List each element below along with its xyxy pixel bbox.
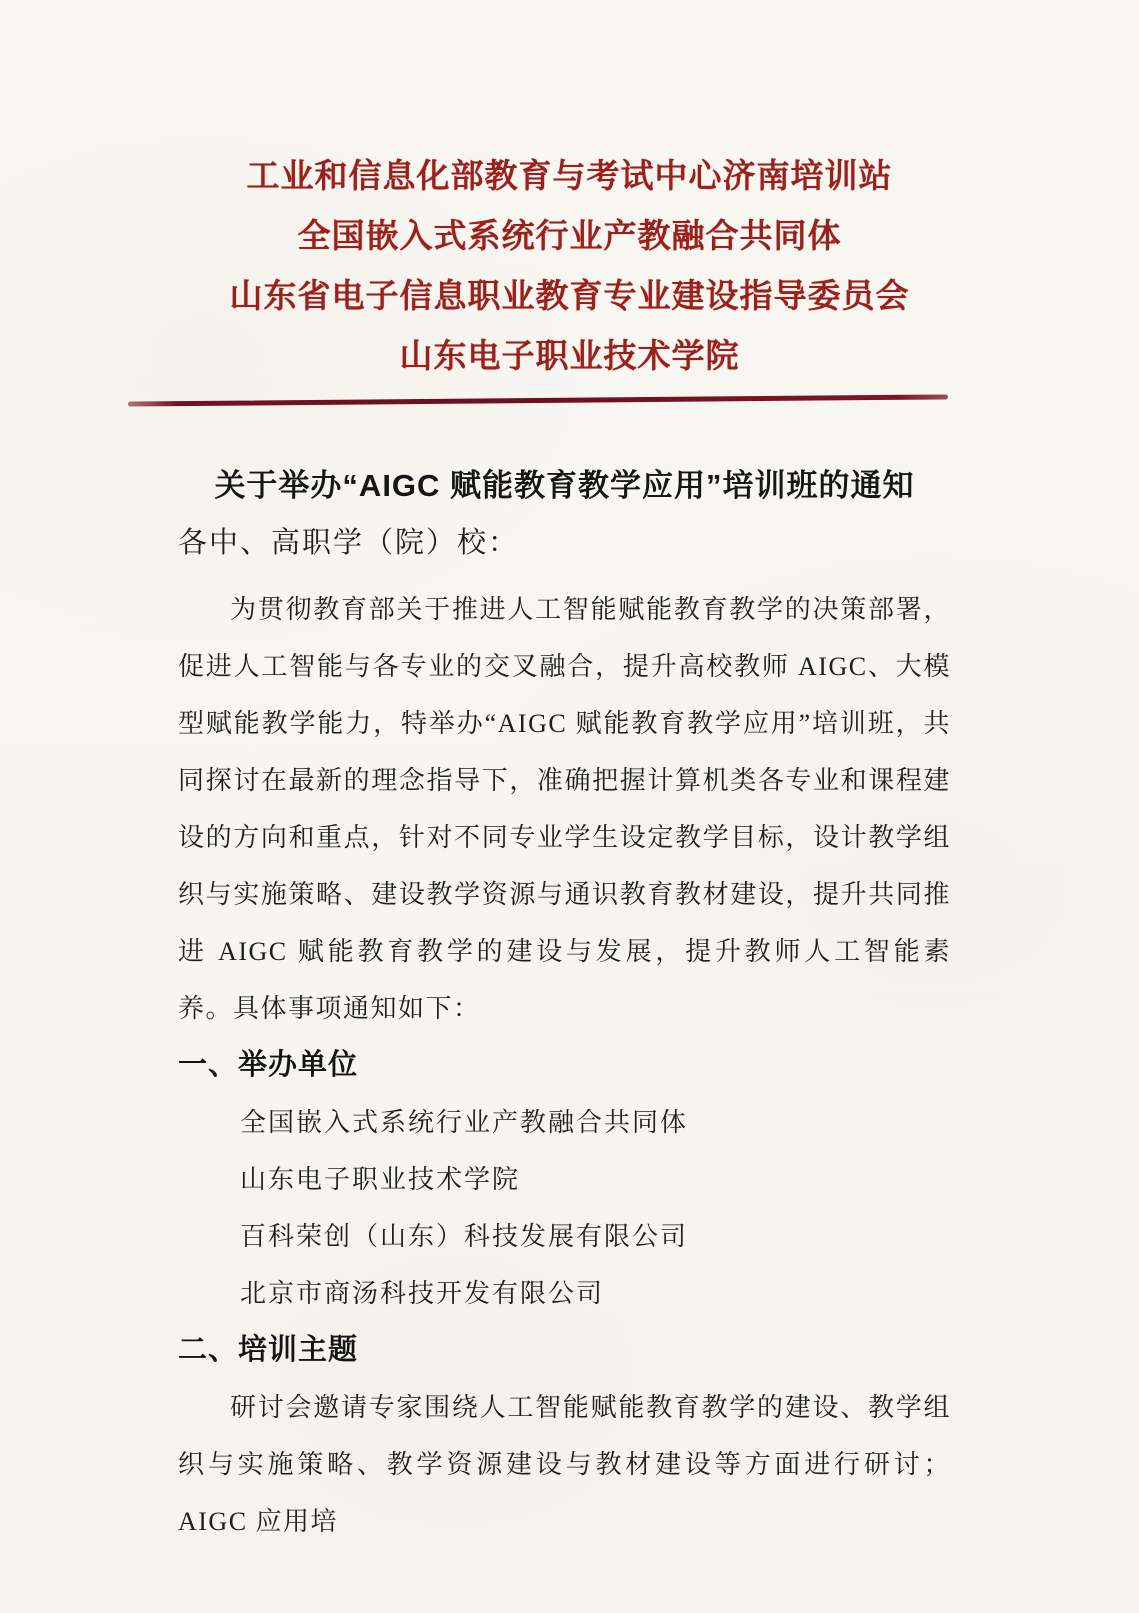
letterhead: 工业和信息化部教育与考试中心济南培训站 全国嵌入式系统行业产教融合共同体 山东省… <box>0 0 1139 403</box>
salutation: 各中、高职学（院）校： <box>178 521 951 565</box>
letterhead-org-1: 工业和信息化部教育与考试中心济南培训站 <box>0 146 1139 206</box>
letterhead-org-4: 山东电子职业技术学院 <box>0 326 1139 386</box>
letterhead-divider-rule <box>128 394 948 406</box>
organizer-item-1: 全国嵌入式系统行业产教融合共同体 <box>240 1094 951 1151</box>
organizer-item-2: 山东电子职业技术学院 <box>240 1151 951 1208</box>
letterhead-org-3: 山东省电子信息职业教育专业建设指导委员会 <box>0 266 1139 326</box>
letterhead-org-2: 全国嵌入式系统行业产教融合共同体 <box>0 206 1139 266</box>
section-2-heading: 二、培训主题 <box>178 1322 951 1379</box>
section-2-paragraph: 研讨会邀请专家围绕人工智能赋能教育教学的建设、教学组织与实施策略、教学资源建设与… <box>178 1379 951 1550</box>
notice-body: 关于举办“AIGC 赋能教育教学应用”培训班的通知 各中、高职学（院）校： 为贯… <box>178 465 951 1550</box>
section-1-heading: 一、举办单位 <box>178 1037 951 1094</box>
organizer-item-3: 百科荣创（山东）科技发展有限公司 <box>240 1208 951 1265</box>
organizer-item-4: 北京市商汤科技开发有限公司 <box>240 1265 951 1322</box>
organizer-list: 全国嵌入式系统行业产教融合共同体 山东电子职业技术学院 百科荣创（山东）科技发展… <box>178 1094 951 1322</box>
scanned-notice-page: 工业和信息化部教育与考试中心济南培训站 全国嵌入式系统行业产教融合共同体 山东省… <box>0 0 1139 1613</box>
notice-title: 关于举办“AIGC 赋能教育教学应用”培训班的通知 <box>178 465 951 507</box>
intro-paragraph: 为贯彻教育部关于推进人工智能赋能教育教学的决策部署，促进人工智能与各专业的交叉融… <box>178 581 951 1037</box>
